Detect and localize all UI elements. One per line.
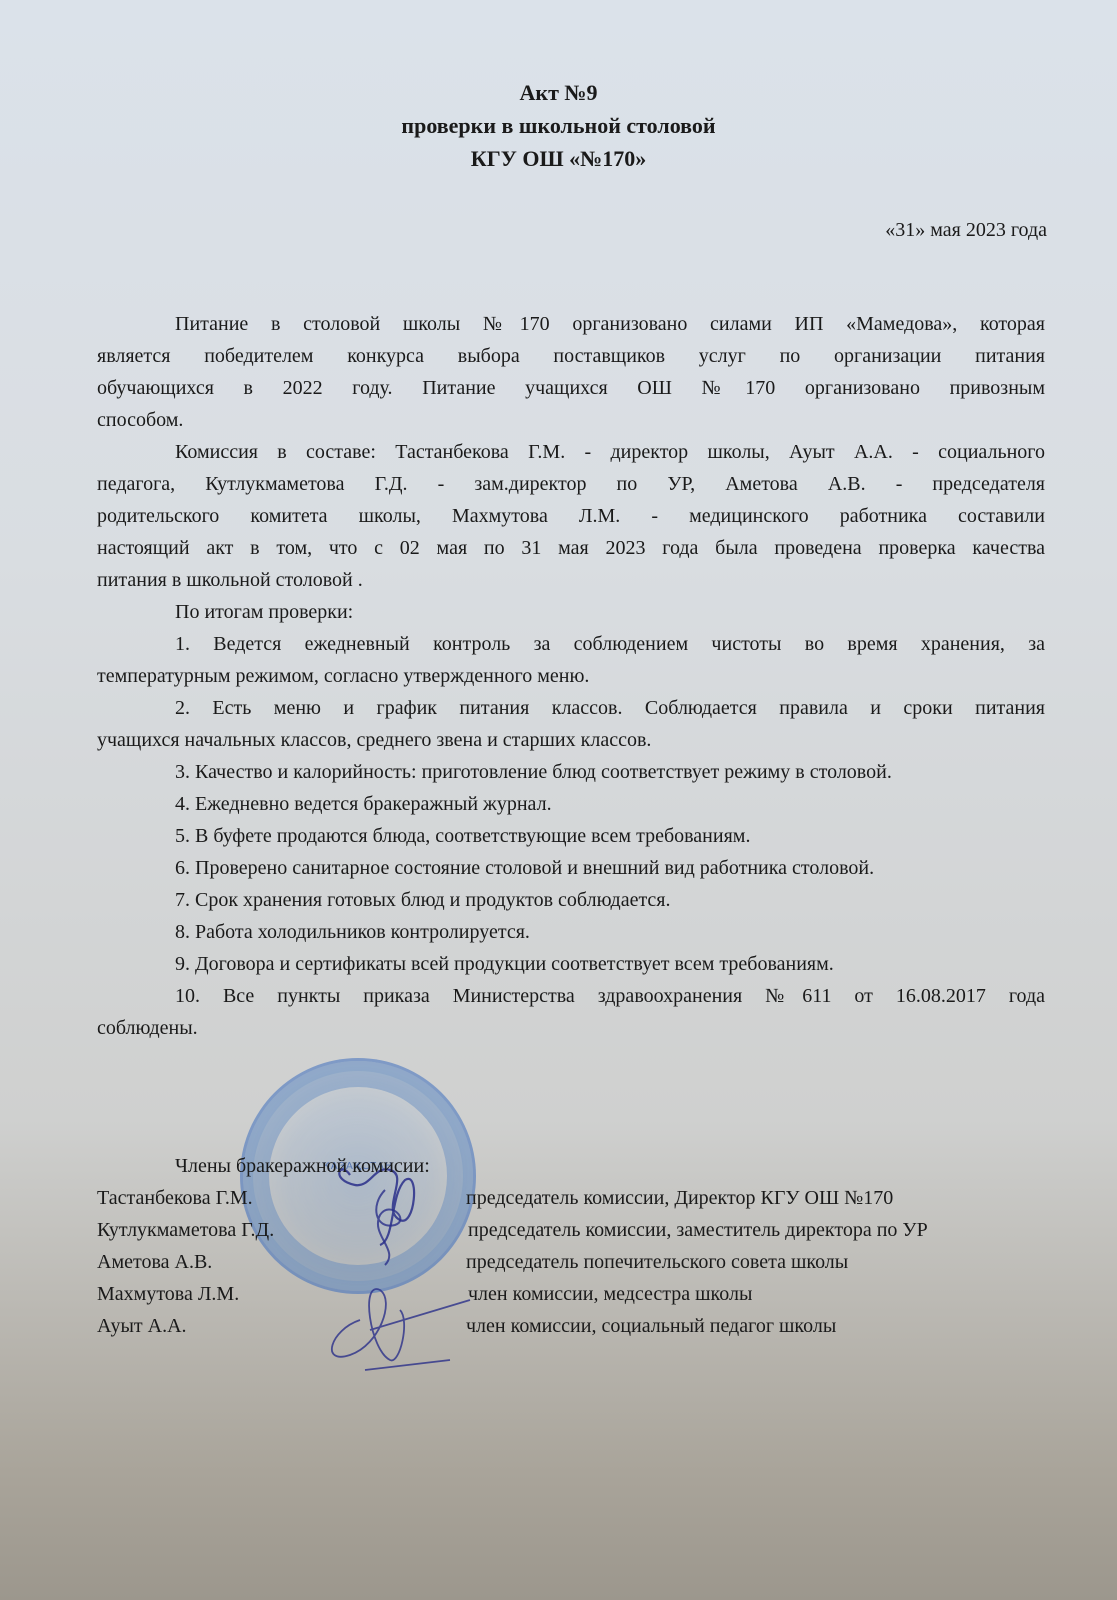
results-heading: По итогам проверки: bbox=[175, 601, 353, 624]
member-role: председатель попечительского совета школ… bbox=[466, 1251, 848, 1274]
result-item-6: 6. Проверено санитарное состояние столов… bbox=[175, 857, 874, 880]
intro-line: Питание в столовой школы №170 организова… bbox=[175, 313, 1045, 336]
result-item-5: 5. В буфете продаются блюда, соответству… bbox=[175, 825, 750, 848]
commission-line: педагога, Кутлукмаметова Г.Д. - зам.дире… bbox=[97, 473, 1045, 496]
result-item-8: 8. Работа холодильников контролируется. bbox=[175, 921, 530, 944]
member-role: член комиссии, медсестра школы bbox=[468, 1283, 752, 1306]
member-role: председатель комиссии, заместитель дирек… bbox=[468, 1219, 928, 1242]
member-name: Аметова А.В. bbox=[97, 1251, 212, 1274]
commission-line: родительского комитета школы, Махмутова … bbox=[97, 505, 1045, 528]
intro-line: обучающихся в 2022 году. Питание учащихс… bbox=[97, 377, 1045, 400]
member-name: Кутлукмаметова Г.Д. bbox=[97, 1219, 274, 1242]
member-role: председатель комиссии, Директор КГУ ОШ №… bbox=[466, 1187, 893, 1210]
document-organization: КГУ ОШ «№170» bbox=[0, 146, 1117, 172]
commission-line: Комиссия в составе: Тастанбекова Г.М. - … bbox=[175, 441, 1045, 464]
intro-line: способом. bbox=[97, 409, 183, 432]
document-subtitle: проверки в школьной столовой bbox=[0, 113, 1117, 139]
member-role: член комиссии, социальный педагог школы bbox=[466, 1315, 836, 1338]
result-item-9: 9. Договора и сертификаты всей продукции… bbox=[175, 953, 834, 976]
result-item-3: 3. Качество и калорийность: приготовлени… bbox=[175, 761, 892, 784]
member-name: Тастанбекова Г.М. bbox=[97, 1187, 253, 1210]
result-item-7: 7. Срок хранения готовых блюд и продукто… bbox=[175, 889, 671, 912]
result-item-10: 10. Все пункты приказа Министерства здра… bbox=[175, 985, 1045, 1008]
result-item-10-cont: соблюдены. bbox=[97, 1017, 198, 1040]
result-item-1: 1. Ведется ежедневный контроль за соблюд… bbox=[175, 633, 1045, 656]
result-item-2: 2. Есть меню и график питания классов. С… bbox=[175, 697, 1045, 720]
commission-line: настоящий акт в том, что с 02 мая по 31 … bbox=[97, 537, 1045, 560]
member-name: Ауыт А.А. bbox=[97, 1315, 187, 1338]
document-title: Акт №9 bbox=[0, 80, 1117, 106]
intro-line: является победителем конкурса выбора пос… bbox=[97, 345, 1045, 368]
document-page: Акт №9 проверки в школьной столовой КГУ … bbox=[0, 0, 1117, 1600]
result-item-1-cont: температурным режимом, согласно утвержде… bbox=[97, 665, 589, 688]
result-item-4: 4. Ежедневно ведется бракеражный журнал. bbox=[175, 793, 552, 816]
result-item-2-cont: учащихся начальных классов, среднего зве… bbox=[97, 729, 651, 752]
commission-line: питания в школьной столовой . bbox=[97, 569, 363, 592]
member-name: Махмутова Л.М. bbox=[97, 1283, 239, 1306]
document-date: «31» мая 2023 года bbox=[885, 219, 1047, 242]
members-heading: Члены бракеражной комисии: bbox=[175, 1155, 430, 1178]
